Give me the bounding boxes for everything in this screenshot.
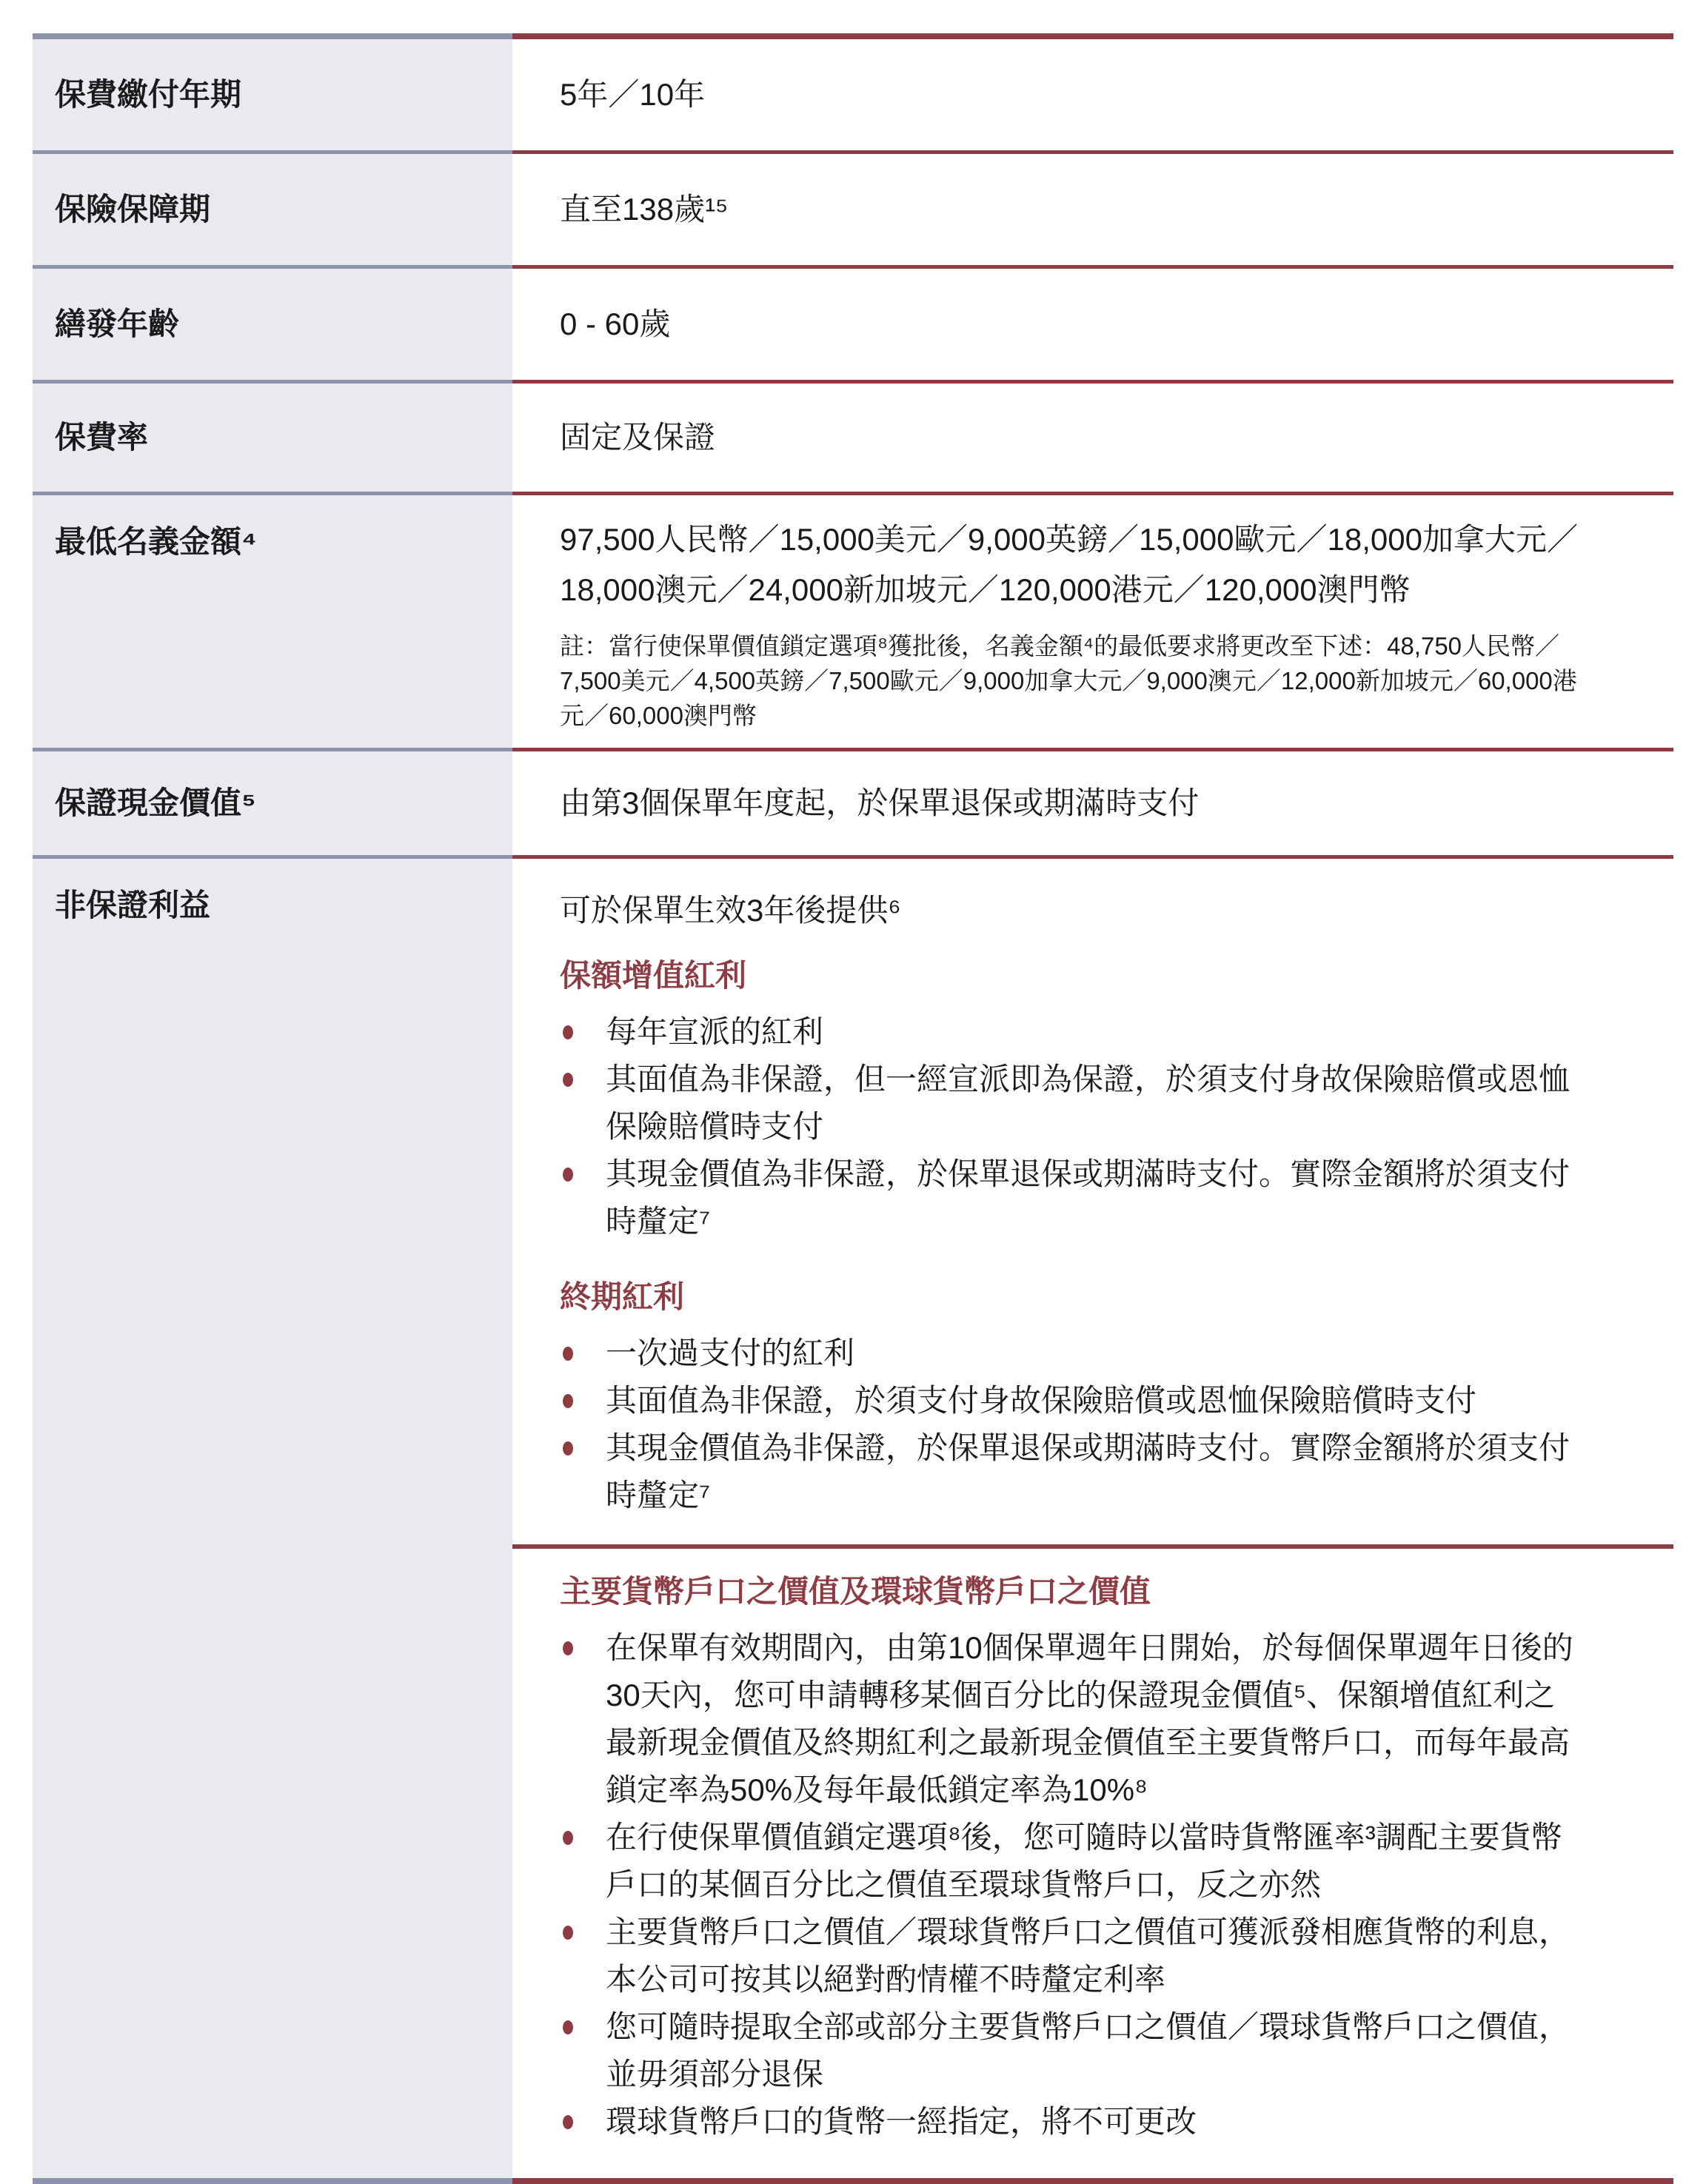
- top-border-left-segment: [33, 33, 512, 39]
- bottom-border-left-segment: [33, 2178, 512, 2184]
- row-value: 由第3個保單年度起，於保單退保或期滿時支付: [512, 751, 1673, 855]
- row-value-text: 由第3個保單年度起，於保單退保或期滿時支付: [560, 780, 1199, 827]
- row-label: 最低名義金額⁴: [33, 495, 512, 748]
- table-top-border: [33, 33, 1673, 39]
- row-value-text: 直至138歲¹⁵: [560, 186, 728, 233]
- row-premium-payment-term: 保費繳付年期 5年／10年: [33, 39, 1673, 150]
- bullet-text: 環球貨幣戶口的貨幣一經指定，將不可更改: [606, 2104, 1197, 2139]
- row-value-text: 固定及保證: [560, 414, 715, 461]
- list-item: 在行使保單價值鎖定選項⁸後，您可隨時以當時貨幣匯率³調配主要貨幣戶口的某個百分比…: [560, 1814, 1585, 1909]
- row-value: 0 - 60歲: [512, 269, 1673, 380]
- bottom-border-right-segment: [512, 2178, 1673, 2184]
- bullet-text: 在保單有效期間內，由第10個保單週年日開始，於每個保單週年日後的30天內，您可申…: [606, 1630, 1573, 1807]
- bullet-icon: [563, 1394, 573, 1408]
- section-heading-terminal-bonus: 終期紅利: [560, 1273, 1585, 1321]
- row-benefit-term: 保險保障期 直至138歲¹⁵: [33, 154, 1673, 265]
- bullet-text: 其面值為非保證，於須支付身故保險賠償或恩恤保險賠償時支付: [606, 1383, 1476, 1418]
- row-value: 直至138歲¹⁵: [512, 154, 1673, 265]
- list-item: 其面值為非保證，但一經宣派即為保證，於須支付身故保險賠償或恩恤保險賠償時支付: [560, 1056, 1585, 1150]
- bullet-icon: [563, 1831, 573, 1845]
- row-label: 保費繳付年期: [33, 39, 512, 150]
- bullet-icon: [563, 1168, 573, 1182]
- bullet-text: 主要貨幣戶口之價值／環球貨幣戶口之價值可獲派發相應貨幣的利息，本公司可按其以絕對…: [606, 1915, 1570, 1997]
- bullet-icon: [563, 2020, 573, 2034]
- list-item: 您可隨時提取全部或部分主要貨幣戶口之價值／環球貨幣戶口之價值，並毋須部分退保: [560, 2003, 1585, 2098]
- list-item: 其現金價值為非保證，於保單退保或期滿時支付。實際金額將於須支付時釐定⁷: [560, 1424, 1585, 1519]
- row-label: 非保證利益: [33, 859, 512, 2178]
- insurance-spec-page: 保費繳付年期 5年／10年 保險保障期 直至138歲¹⁵ 繕發年齡 0 - 60…: [0, 0, 1706, 2184]
- list-item: 在保單有效期間內，由第10個保單週年日開始，於每個保單週年日後的30天內，您可申…: [560, 1624, 1585, 1814]
- bullet-icon: [563, 1073, 573, 1087]
- list-item: 其面值為非保證，於須支付身故保險賠償或恩恤保險賠償時支付: [560, 1377, 1585, 1424]
- list-item: 主要貨幣戶口之價值／環球貨幣戶口之價值可獲派發相應貨幣的利息，本公司可按其以絕對…: [560, 1909, 1585, 2003]
- list-item: 環球貨幣戶口的貨幣一經指定，將不可更改: [560, 2098, 1585, 2146]
- section-divider: [512, 1544, 1673, 1549]
- section-heading-currency-accounts: 主要貨幣戶口之價值及環球貨幣戶口之價值: [560, 1568, 1585, 1615]
- row-label: 保費率: [33, 383, 512, 492]
- row-guaranteed-cash-value: 保證現金價值⁵ 由第3個保單年度起，於保單退保或期滿時支付: [33, 751, 1673, 855]
- bullet-icon: [563, 1025, 573, 1039]
- bullet-text: 您可隨時提取全部或部分主要貨幣戶口之價值／環球貨幣戶口之價值，並毋須部分退保: [606, 2009, 1570, 2091]
- row-value: 固定及保證: [512, 383, 1673, 492]
- row-issue-age: 繕發年齡 0 - 60歲: [33, 269, 1673, 380]
- non-guaranteed-intro: 可於保單生效3年後提供⁶: [560, 887, 1585, 934]
- bullet-icon: [563, 1441, 573, 1456]
- bullet-text: 每年宣派的紅利: [606, 1014, 823, 1049]
- section-heading-special-bonus: 保額增值紅利: [560, 952, 1585, 999]
- bullet-icon: [563, 2115, 573, 2129]
- product-spec-table: 保費繳付年期 5年／10年 保險保障期 直至138歲¹⁵ 繕發年齡 0 - 60…: [33, 33, 1673, 2184]
- bullet-icon: [563, 1926, 573, 1940]
- currency-accounts-bullet-list: 在保單有效期間內，由第10個保單週年日開始，於每個保單週年日後的30天內，您可申…: [560, 1624, 1585, 2146]
- top-border-right-segment: [512, 33, 1673, 39]
- terminal-bonus-bullet-list: 一次過支付的紅利 其面值為非保證，於須支付身故保險賠償或恩恤保險賠償時支付 其現…: [560, 1330, 1585, 1519]
- min-amount-note: 註：當行使保單價值鎖定選項⁸獲批後，名義金額⁴的最低要求將更改至下述：48,75…: [560, 629, 1585, 733]
- row-premium-rate: 保費率 固定及保證: [33, 383, 1673, 492]
- row-value: 97,500人民幣／15,000美元／9,000英鎊／15,000歐元／18,0…: [512, 495, 1673, 748]
- row-value-text: 5年／10年: [560, 71, 705, 118]
- bullet-text: 在行使保單價值鎖定選項⁸後，您可隨時以當時貨幣匯率³調配主要貨幣戶口的某個百分比…: [606, 1820, 1562, 1902]
- bullet-text: 其面值為非保證，但一經宣派即為保證，於須支付身故保險賠償或恩恤保險賠償時支付: [606, 1062, 1570, 1144]
- min-amount-values: 97,500人民幣／15,000美元／9,000英鎊／15,000歐元／18,0…: [560, 515, 1585, 615]
- bullet-text: 其現金價值為非保證，於保單退保或期滿時支付。實際金額將於須支付時釐定⁷: [606, 1156, 1570, 1239]
- row-label: 保險保障期: [33, 154, 512, 265]
- row-label: 繕發年齡: [33, 269, 512, 380]
- row-label: 保證現金價值⁵: [33, 751, 512, 855]
- list-item: 其現金價值為非保證，於保單退保或期滿時支付。實際金額將於須支付時釐定⁷: [560, 1150, 1585, 1245]
- row-non-guaranteed-benefits: 非保證利益 可於保單生效3年後提供⁶ 保額增值紅利 每年宣派的紅利 其面值為非保…: [33, 859, 1673, 2178]
- row-value: 5年／10年: [512, 39, 1673, 150]
- row-value-text: 0 - 60歲: [560, 301, 670, 348]
- row-min-notional-amount: 最低名義金額⁴ 97,500人民幣／15,000美元／9,000英鎊／15,00…: [33, 495, 1673, 748]
- row-value: 可於保單生效3年後提供⁶ 保額增值紅利 每年宣派的紅利 其面值為非保證，但一經宣…: [512, 859, 1673, 2178]
- bullet-text: 一次過支付的紅利: [606, 1336, 854, 1370]
- bullet-text: 其現金價值為非保證，於保單退保或期滿時支付。實際金額將於須支付時釐定⁷: [606, 1430, 1570, 1513]
- bullet-icon: [563, 1641, 573, 1655]
- list-item: 每年宣派的紅利: [560, 1008, 1585, 1056]
- table-bottom-border: [33, 2178, 1673, 2184]
- bullet-icon: [563, 1347, 573, 1361]
- list-item: 一次過支付的紅利: [560, 1330, 1585, 1377]
- special-bonus-bullet-list: 每年宣派的紅利 其面值為非保證，但一經宣派即為保證，於須支付身故保險賠償或恩恤保…: [560, 1008, 1585, 1245]
